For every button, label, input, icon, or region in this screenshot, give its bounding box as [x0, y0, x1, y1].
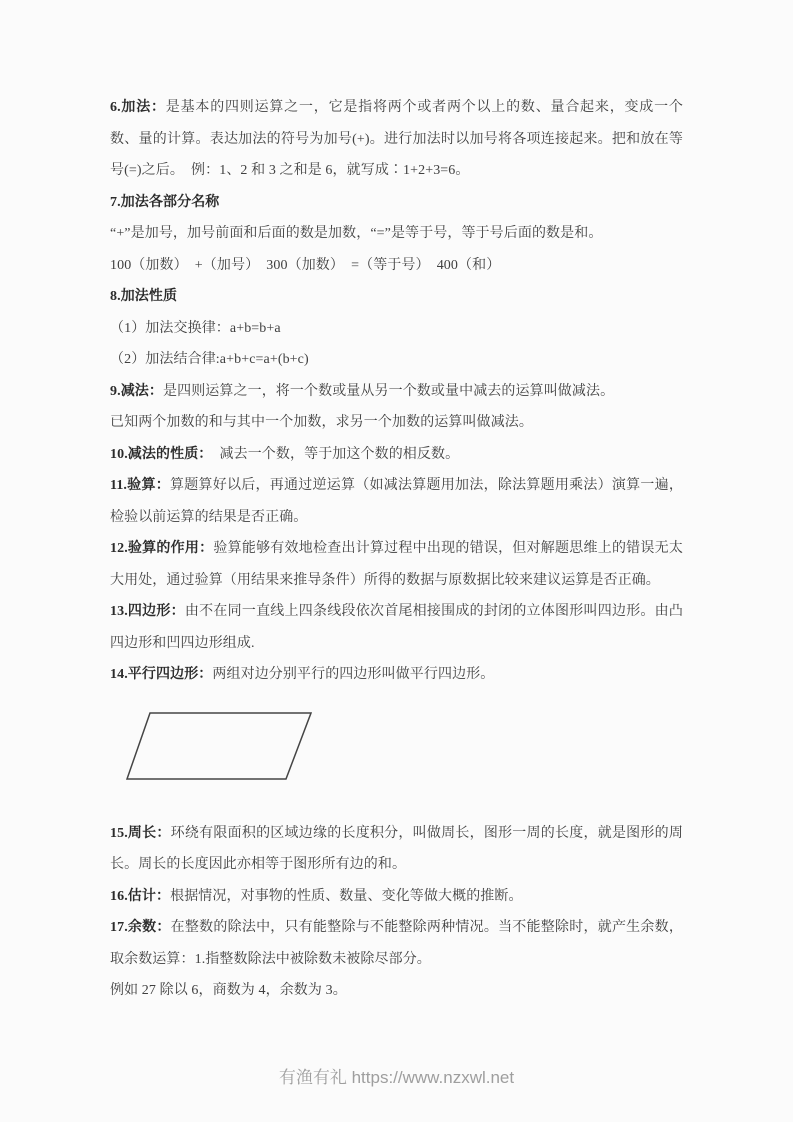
parallelogram-drawing: [126, 712, 312, 780]
parallelogram-figure: [110, 691, 683, 818]
footer-watermark: 有渔有礼 https://www.nzxwl.net: [0, 1066, 793, 1090]
document-page: 6.加法：是基本的四则运算之一，它是指将两个或者两个以上的数、量合起来，变成一个…: [0, 0, 793, 1122]
item-8-term: 8.加法性质: [110, 289, 177, 304]
item-9-subtraction: 9.减法：是四则运算之一，将一个数或量从另一个数或量中减去的运算叫做减法。: [110, 376, 683, 408]
item-10-term: 10.减法的性质：: [110, 447, 205, 462]
item-7-example: 100（加数） +（加号） 300（加数） =（等于号） 400（和）: [110, 250, 683, 282]
item-7-heading: 7.加法各部分名称: [110, 187, 683, 219]
item-6-addition: 6.加法：是基本的四则运算之一，它是指将两个或者两个以上的数、量合起来，变成一个…: [110, 92, 683, 187]
parallelogram-shape: [127, 713, 311, 779]
item-10-subtraction-property: 10.减法的性质： 减去一个数，等于加这个数的相反数。: [110, 439, 683, 471]
item-6-definition: 是基本的四则运算之一，它是指将两个或者两个以上的数、量合起来，变成一个数、量的计…: [110, 100, 683, 178]
item-9-term: 9.减法：: [110, 384, 163, 399]
item-14-parallelogram: 14.平行四边形：两组对边分别平行的四边形叫做平行四边形。: [110, 659, 683, 691]
item-17-example: 例如 27 除以 6，商数为 4，余数为 3。: [110, 975, 683, 1007]
document-body: 6.加法：是基本的四则运算之一，它是指将两个或者两个以上的数、量合起来，变成一个…: [110, 92, 683, 1007]
item-15-perimeter: 15.周长：环绕有限面积的区域边缘的长度积分，叫做周长，图形一周的长度，就是图形…: [110, 818, 683, 881]
item-7-term: 7.加法各部分名称: [110, 195, 219, 210]
item-17-term: 17.余数：: [110, 920, 171, 935]
item-13-term: 13.四边形：: [110, 604, 185, 619]
item-13-quadrilateral: 13.四边形：由不在同一直线上四条线段依次首尾相接围成的封闭的立体图形叫四边形。…: [110, 596, 683, 659]
item-11-term: 11.验算：: [110, 478, 170, 493]
item-12-term: 12.验算的作用：: [110, 541, 213, 556]
item-17-remainder: 17.余数：在整数的除法中，只有能整除与不能整除两种情况。当不能整除时，就产生余…: [110, 912, 683, 975]
item-12-checking-purpose: 12.验算的作用：验算能够有效地检查出计算过程中出现的错误，但对解题思维上的错误…: [110, 533, 683, 596]
item-16-term: 16.估计：: [110, 889, 170, 904]
item-6-term: 6.加法：: [110, 100, 166, 115]
item-8-rule-1: （1）加法交换律：a+b=b+a: [110, 313, 683, 345]
item-14-term: 14.平行四边形：: [110, 667, 212, 682]
item-11-checking: 11.验算：算题算好以后，再通过逆运算（如减法算题用加法，除法算题用乘法）演算一…: [110, 470, 683, 533]
item-8-rule-2: （2）加法结合律:a+b+c=a+(b+c): [110, 344, 683, 376]
item-7-explanation: “+”是加号，加号前面和后面的数是加数，“=”是等于号，等于号后面的数是和。: [110, 218, 683, 250]
item-9-continued: 已知两个加数的和与其中一个加数，求另一个加数的运算叫做减法。: [110, 407, 683, 439]
item-8-heading: 8.加法性质: [110, 281, 683, 313]
item-16-estimation: 16.估计：根据情况，对事物的性质、数量、变化等做大概的推断。: [110, 881, 683, 913]
item-15-term: 15.周长：: [110, 826, 171, 841]
